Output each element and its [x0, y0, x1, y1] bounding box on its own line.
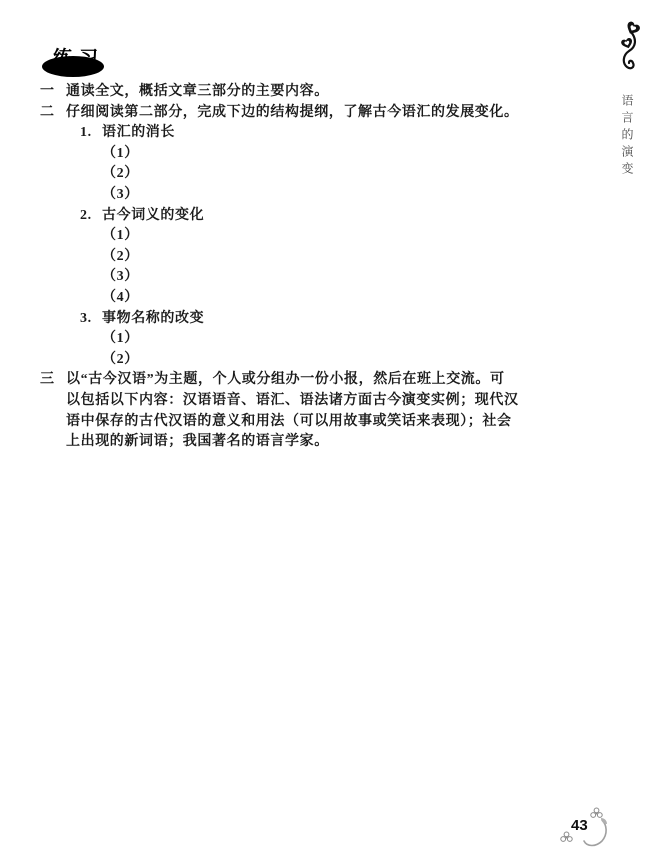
- outline-subitem: （2）: [40, 164, 540, 185]
- outline-subitem: （3）: [40, 185, 540, 206]
- subitem-label: （4）: [102, 290, 139, 305]
- subitem-label: （2）: [102, 166, 139, 181]
- outline-subitem: （4）: [40, 288, 540, 309]
- page-footer-ornament: 43: [560, 806, 626, 852]
- floral-ornament-icon: [619, 18, 643, 78]
- exercise-text: 以“古今汉语”为主题，个人或分组办一份小报，然后在班上交流。可: [66, 370, 505, 391]
- exercise-item-1: 一 通读全文，概括文章三部分的主要内容。: [40, 82, 540, 103]
- exercise-text: 通读全文，概括文章三部分的主要内容。: [66, 82, 329, 103]
- outline-heading: 3.事物名称的改变: [40, 309, 540, 330]
- subitem-label: （1）: [102, 331, 139, 346]
- outline-heading: 2.古今词义的变化: [40, 206, 540, 227]
- exercise-item-3: 三 以“古今汉语”为主题，个人或分组办一份小报，然后在班上交流。可: [40, 370, 540, 391]
- chapter-side-label: 语言的演变: [619, 94, 636, 204]
- outline-subitem: （2）: [40, 247, 540, 268]
- subitem-label: （2）: [102, 352, 139, 367]
- book-page: 练习 语言的演变 一 通读全文，概括文章三部分的主要内容。 二 仔细阅读第二部分…: [0, 0, 650, 852]
- outline-title: 古今词义的变化: [102, 208, 204, 223]
- outline-subitem: （3）: [40, 267, 540, 288]
- outline-subitem: （1）: [40, 329, 540, 350]
- outline-title: 事物名称的改变: [102, 311, 204, 326]
- outline-subitem: （1）: [40, 226, 540, 247]
- exercise-marker: 一: [40, 82, 55, 103]
- subitem-label: （3）: [102, 269, 139, 284]
- subitem-label: （1）: [102, 228, 139, 243]
- subitem-label: （3）: [102, 187, 139, 202]
- exercise-list: 一 通读全文，概括文章三部分的主要内容。 二 仔细阅读第二部分，完成下边的结构提…: [40, 82, 540, 453]
- exercise-text-continued: 语中保存的古代汉语的意义和用法（可以用故事或笑话来表现）；社会: [40, 412, 540, 433]
- outline-number: 3.: [80, 309, 102, 330]
- exercise-text: 仔细阅读第二部分，完成下边的结构提纲，了解古今语汇的发展变化。: [66, 103, 519, 124]
- exercise-text-continued: 上出现的新词语；我国著名的语言学家。: [40, 432, 540, 453]
- outline-number: 1.: [80, 123, 102, 144]
- outline-number: 2.: [80, 206, 102, 227]
- exercise-text-continued: 以包括以下内容：汉语语音、语汇、语法诸方面古今演变实例；现代汉: [40, 391, 540, 412]
- page-number: 43: [571, 817, 588, 834]
- exercise-item-2: 二 仔细阅读第二部分，完成下边的结构提纲，了解古今语汇的发展变化。: [40, 103, 540, 124]
- header-ellipse-shape: [42, 56, 104, 77]
- subitem-label: （1）: [102, 146, 139, 161]
- exercise-marker: 二: [40, 103, 55, 124]
- outline-subitem: （1）: [40, 144, 540, 165]
- outline-subitem: （2）: [40, 350, 540, 371]
- outline-heading: 1.语汇的消长: [40, 123, 540, 144]
- exercise-marker: 三: [40, 370, 55, 391]
- outline-title: 语汇的消长: [102, 125, 175, 140]
- exercise-header-badge: 练习: [42, 43, 122, 79]
- subitem-label: （2）: [102, 249, 139, 264]
